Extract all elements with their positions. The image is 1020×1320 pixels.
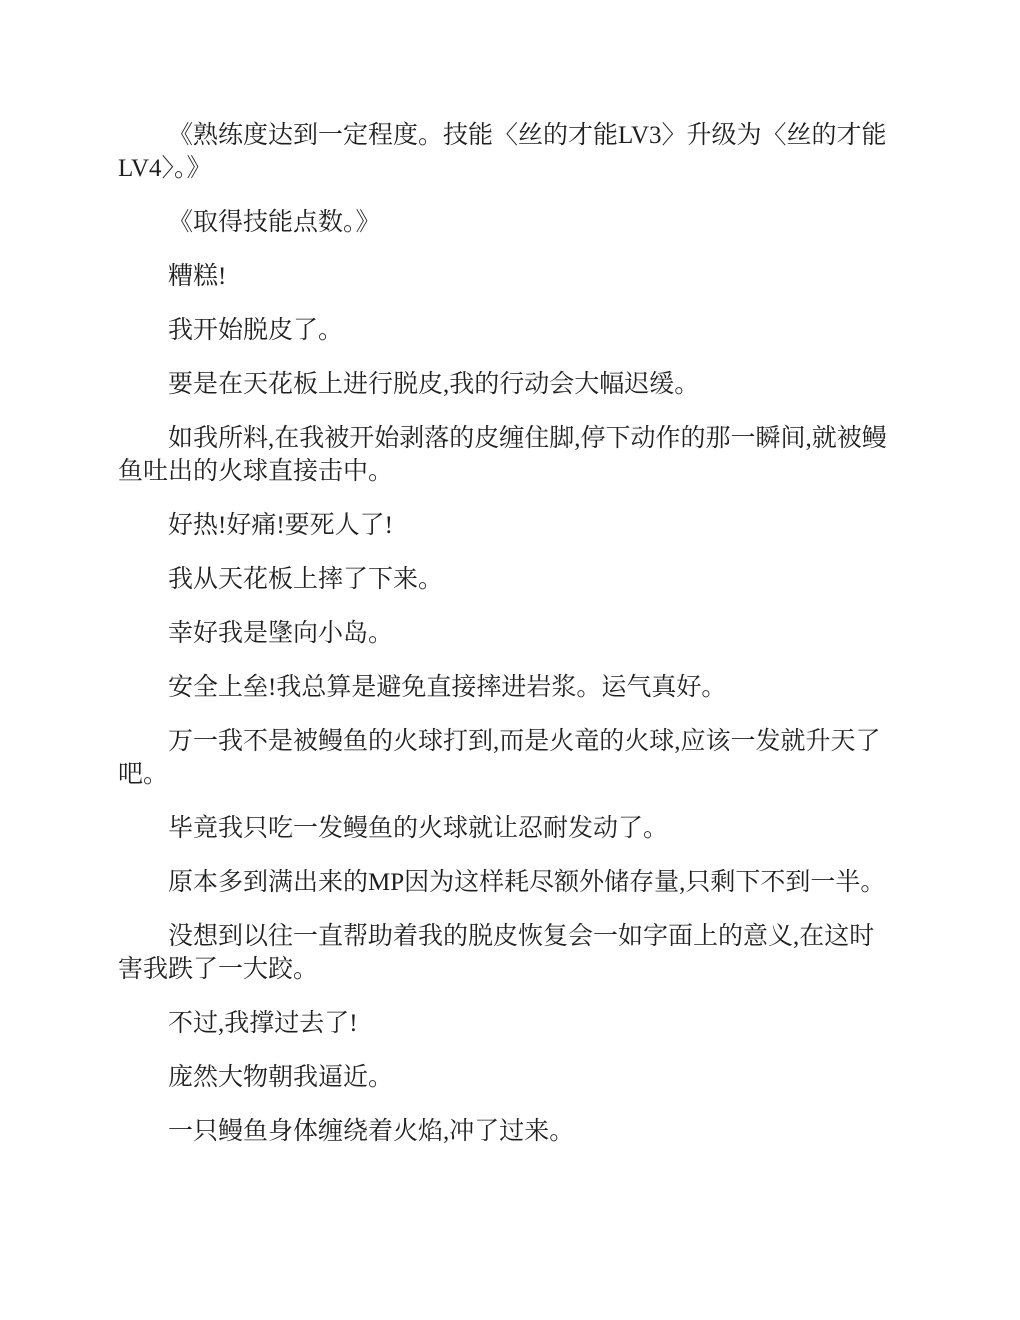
paragraph: 没想到以往一直帮助着我的脱皮恢复会一如字面上的意义,在这时害我跌了一大跤。 — [118, 920, 898, 986]
paragraph: 万一我不是被鳗鱼的火球打到,而是火竜的火球,应该一发就升天了吧。 — [118, 725, 898, 791]
paragraph: 一只鳗鱼身体缠绕着火焰,冲了过来。 — [118, 1115, 898, 1148]
paragraph: 毕竟我只吃一发鳗鱼的火球就让忍耐发动了。 — [118, 812, 898, 845]
paragraph: 我从天花板上摔了下来。 — [118, 563, 898, 596]
page-text: 《熟练度达到一定程度。技能〈丝的才能LV3〉升级为〈丝的才能LV4〉。》《取得技… — [118, 119, 898, 1169]
document-page: 《熟练度达到一定程度。技能〈丝的才能LV3〉升级为〈丝的才能LV4〉。》《取得技… — [0, 0, 1020, 1320]
paragraph: 不过,我撑过去了! — [118, 1007, 898, 1040]
paragraph: 安全上垒!我总算是避免直接摔进岩浆。运气真好。 — [118, 671, 898, 704]
paragraph: 要是在天花板上进行脱皮,我的行动会大幅迟缓。 — [118, 368, 898, 401]
paragraph: 《熟练度达到一定程度。技能〈丝的才能LV3〉升级为〈丝的才能LV4〉。》 — [118, 119, 898, 185]
paragraph: 幸好我是墬向小岛。 — [118, 617, 898, 650]
paragraph: 《取得技能点数。》 — [118, 206, 898, 239]
paragraph: 糟糕! — [118, 260, 898, 293]
paragraph: 庞然大物朝我逼近。 — [118, 1061, 898, 1094]
paragraph: 我开始脱皮了。 — [118, 314, 898, 347]
paragraph: 好热!好痛!要死人了! — [118, 509, 898, 542]
paragraph: 原本多到满出来的MP因为这样耗尽额外储存量,只剩下不到一半。 — [118, 866, 898, 899]
paragraph: 如我所料,在我被开始剥落的皮缠住脚,停下动作的那一瞬间,就被鳗鱼吐出的火球直接击… — [118, 422, 898, 488]
